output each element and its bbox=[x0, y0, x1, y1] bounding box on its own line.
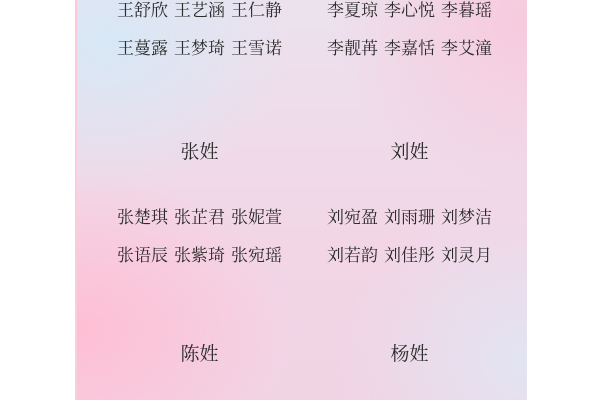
names-card: 王舒欣王艺涵王仁静 李夏琼李心悦李暮瑶 王蔓露王梦琦王雪诺 李靓苒李嘉恬李艾潼 bbox=[75, 0, 527, 400]
name-item: 王蔓露 bbox=[117, 39, 168, 59]
liu-names-row-1: 刘宛盈刘雨珊刘梦洁 bbox=[327, 203, 492, 228]
name-item: 刘若韵 bbox=[327, 246, 378, 266]
li-column: 李夏琼李心悦李暮瑶 bbox=[302, 0, 527, 21]
name-item: 王仁静 bbox=[231, 1, 282, 21]
name-item: 张宛瑶 bbox=[231, 246, 282, 266]
zhang-names-row-1: 张楚琪张芷君张妮萱 bbox=[117, 203, 282, 228]
liu-names-row-2: 刘若韵刘佳彤刘灵月 bbox=[327, 241, 492, 266]
name-item: 张紫琦 bbox=[174, 246, 225, 266]
chen-heading: 陈姓 bbox=[180, 339, 218, 366]
headings-row: 陈姓 杨姓 bbox=[77, 339, 527, 366]
chen-column: 陈姓 bbox=[77, 339, 302, 366]
wang-column: 王舒欣王艺涵王仁静 bbox=[77, 0, 302, 21]
yang-column: 杨姓 bbox=[302, 339, 527, 366]
names-row: 张楚琪张芷君张妮萱 刘宛盈刘雨珊刘梦洁 bbox=[77, 203, 527, 228]
wang-names-row-1: 王舒欣王艺涵王仁静 bbox=[117, 0, 282, 21]
zhang-heading: 张姓 bbox=[180, 137, 218, 164]
name-item: 刘宛盈 bbox=[327, 208, 378, 228]
liu-column: 刘若韵刘佳彤刘灵月 bbox=[302, 241, 527, 266]
zhang-column: 张语辰张紫琦张宛瑶 bbox=[77, 241, 302, 266]
name-item: 张语辰 bbox=[117, 246, 168, 266]
name-item: 王艺涵 bbox=[174, 1, 225, 21]
yang-heading: 杨姓 bbox=[390, 339, 428, 366]
name-item: 李靓苒 bbox=[327, 39, 378, 59]
names-row: 张语辰张紫琦张宛瑶 刘若韵刘佳彤刘灵月 bbox=[77, 241, 527, 266]
name-item: 王舒欣 bbox=[117, 1, 168, 21]
zhang-column: 张楚琪张芷君张妮萱 bbox=[77, 203, 302, 228]
liu-heading: 刘姓 bbox=[390, 137, 428, 164]
name-item: 刘梦洁 bbox=[441, 208, 492, 228]
name-item: 李暮瑶 bbox=[441, 1, 492, 21]
name-item: 李艾潼 bbox=[441, 39, 492, 59]
wang-column: 王蔓露王梦琦王雪诺 bbox=[77, 34, 302, 59]
name-item: 刘佳彤 bbox=[384, 246, 435, 266]
name-item: 李嘉恬 bbox=[384, 39, 435, 59]
name-item: 刘雨珊 bbox=[384, 208, 435, 228]
name-item: 王雪诺 bbox=[231, 39, 282, 59]
li-names-row-2: 李靓苒李嘉恬李艾潼 bbox=[327, 34, 492, 59]
name-item: 王梦琦 bbox=[174, 39, 225, 59]
liu-column: 刘姓 bbox=[302, 137, 527, 164]
zhang-column: 张姓 bbox=[77, 137, 302, 164]
zhang-names-row-2: 张语辰张紫琦张宛瑶 bbox=[117, 241, 282, 266]
name-item: 李夏琼 bbox=[327, 1, 378, 21]
names-row: 王蔓露王梦琦王雪诺 李靓苒李嘉恬李艾潼 bbox=[77, 34, 527, 59]
name-item: 张妮萱 bbox=[231, 208, 282, 228]
liu-column: 刘宛盈刘雨珊刘梦洁 bbox=[302, 203, 527, 228]
li-column: 李靓苒李嘉恬李艾潼 bbox=[302, 34, 527, 59]
name-item: 张楚琪 bbox=[117, 208, 168, 228]
name-item: 张芷君 bbox=[174, 208, 225, 228]
wang-names-row-2: 王蔓露王梦琦王雪诺 bbox=[117, 34, 282, 59]
li-names-row-1: 李夏琼李心悦李暮瑶 bbox=[327, 0, 492, 21]
page: 王舒欣王艺涵王仁静 李夏琼李心悦李暮瑶 王蔓露王梦琦王雪诺 李靓苒李嘉恬李艾潼 bbox=[0, 0, 600, 400]
names-row: 王舒欣王艺涵王仁静 李夏琼李心悦李暮瑶 bbox=[77, 0, 527, 21]
name-item: 李心悦 bbox=[384, 1, 435, 21]
name-item: 刘灵月 bbox=[441, 246, 492, 266]
headings-row: 张姓 刘姓 bbox=[77, 137, 527, 164]
